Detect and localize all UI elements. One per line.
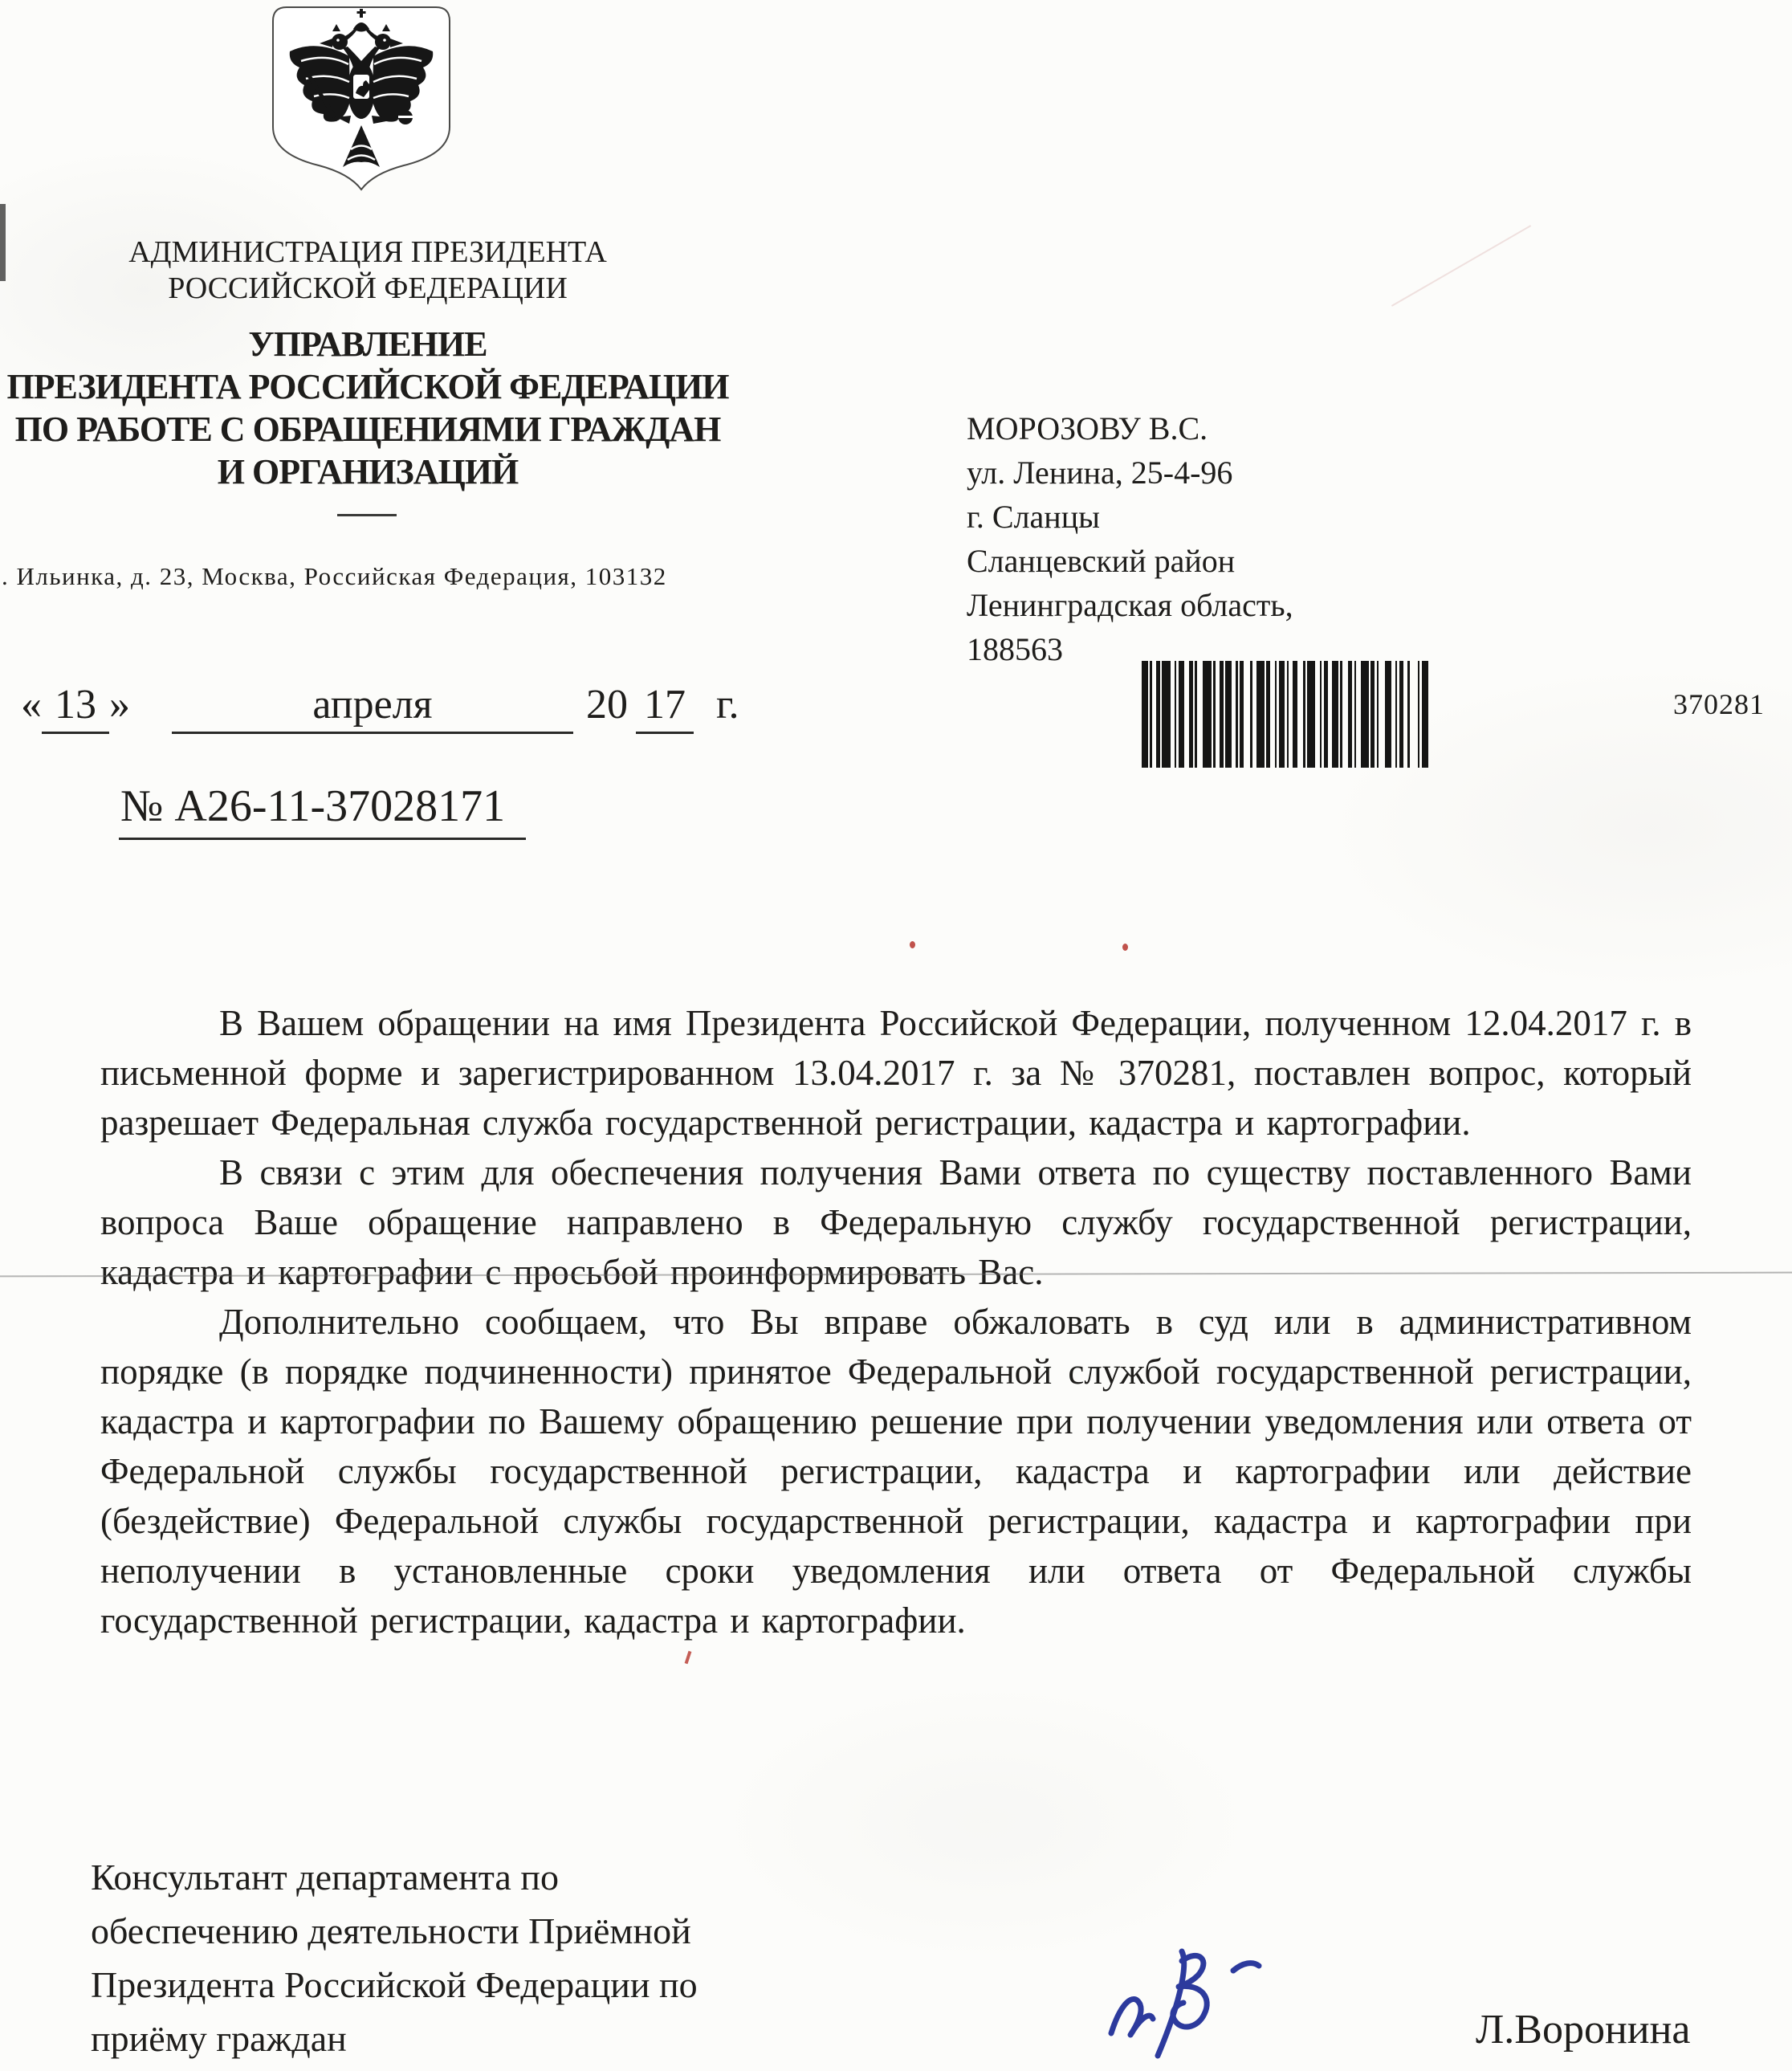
department-name-line: И ОРГАНИЗАЦИЙ	[0, 450, 735, 493]
recipient-line: г. Сланцы	[967, 495, 1293, 539]
date-line: «13»апреля2017г.	[21, 681, 739, 734]
date-era-label: г.	[716, 681, 739, 728]
signer-position-line: приёму граждан	[91, 2012, 698, 2065]
recipient-line: Ленинградская область,	[967, 583, 1293, 627]
org-name-line: РОССИЙСКОЙ ФЕДЕРАЦИИ	[0, 271, 735, 307]
department-name-line: ПРЕЗИДЕНТА РОССИЙСКОЙ ФЕДЕРАЦИИ	[0, 365, 735, 408]
registration-barcode	[1142, 661, 1453, 768]
paper-crease-faint	[1391, 225, 1531, 307]
body-paragraph: Дополнительно сообщаем, что Вы вправе об…	[100, 1297, 1692, 1645]
org-name-line: АДМИНИСТРАЦИЯ ПРЕЗИДЕНТА	[0, 234, 735, 271]
signer-position-line: обеспечению деятельности Приёмной	[91, 1904, 698, 1958]
signer-position-block: Консультант департамента по обеспечению …	[91, 1850, 698, 2065]
reference-number: № А26-11-37028171	[119, 781, 526, 832]
recipient-line: ул. Ленина, 25-4-96	[967, 450, 1293, 495]
signer-position-line: Консультант департамента по	[91, 1850, 698, 1904]
red-ink-mark	[685, 1651, 692, 1664]
scan-edge-artifact	[0, 204, 6, 281]
signer-name: Л.Воронина	[1476, 2006, 1691, 2053]
date-century: 20	[586, 681, 628, 728]
reference-number-text: № А26-11-37028171	[119, 781, 526, 840]
russian-coat-of-arms-icon	[271, 5, 452, 191]
department-name-line: ПО РАБОТЕ С ОБРАЩЕНИЯМИ ГРАЖДАН	[0, 408, 735, 450]
recipient-line: МОРОЗОВУ В.С.	[967, 406, 1293, 450]
date-close-quote: »	[109, 681, 130, 728]
body-paragraph: В Вашем обращении на имя Президента Росс…	[100, 998, 1692, 1148]
recipient-line: Сланцевский район	[967, 539, 1293, 583]
red-ink-speck	[910, 941, 915, 948]
letter-body: В Вашем обращении на имя Президента Росс…	[100, 998, 1692, 1645]
red-ink-speck	[1122, 944, 1128, 951]
scanned-letter-page: АДМИНИСТРАЦИЯ ПРЕЗИДЕНТА РОССИЙСКОЙ ФЕДЕ…	[0, 0, 1792, 2071]
recipient-address-block: МОРОЗОВУ В.С. ул. Ленина, 25-4-96 г. Сла…	[967, 406, 1293, 671]
letterhead-divider	[337, 514, 397, 516]
date-month: апреля	[172, 681, 573, 734]
sender-address: . Ильинка, д. 23, Москва, Российская Фед…	[2, 562, 772, 591]
date-day: 13	[42, 681, 109, 734]
department-name-line: УПРАВЛЕНИЕ	[0, 323, 735, 365]
date-open-quote: «	[21, 681, 42, 728]
handwritten-signature	[1098, 1929, 1355, 2065]
date-year: 17	[636, 681, 694, 734]
signer-position-line: Президента Российской Федерации по	[91, 1958, 698, 2012]
org-name-block: АДМИНИСТРАЦИЯ ПРЕЗИДЕНТА РОССИЙСКОЙ ФЕДЕ…	[0, 234, 735, 307]
registration-number: 370281	[1673, 687, 1765, 721]
department-name-block: УПРАВЛЕНИЕ ПРЕЗИДЕНТА РОССИЙСКОЙ ФЕДЕРАЦ…	[0, 323, 735, 493]
